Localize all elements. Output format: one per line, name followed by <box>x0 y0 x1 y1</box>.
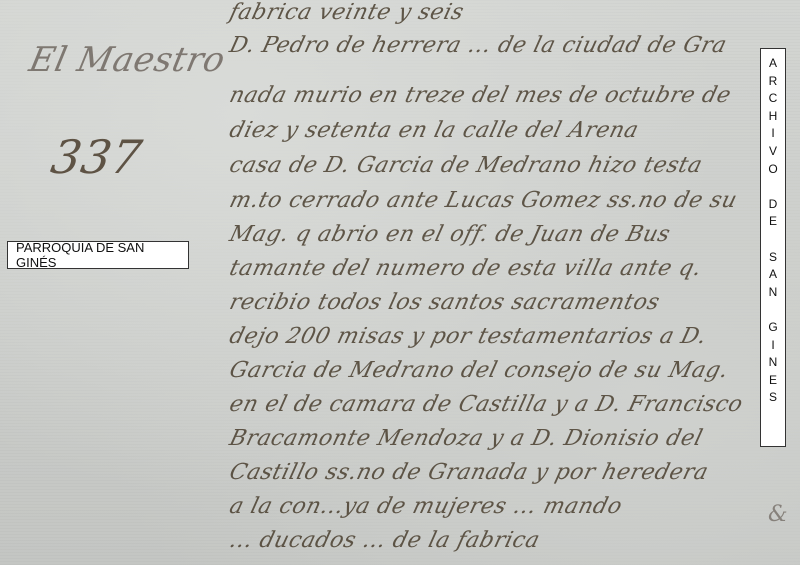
manuscript-line: Mag. q abrio en el off. de Juan de Bus <box>227 222 673 247</box>
archive-letter: E <box>769 372 777 390</box>
manuscript-line: diez y setenta en la calle del Arena <box>227 118 641 143</box>
manuscript-line: Bracamonte Mendoza y a D. Dionisio del <box>227 426 706 451</box>
archive-letter: C <box>769 90 778 108</box>
archive-letter: I <box>771 337 774 355</box>
manuscript-line: recibio todos los santos sacramentos <box>227 290 662 315</box>
manuscript-line: casa de D. Garcia de Medrano hizo testa <box>227 153 705 178</box>
parish-label: PARROQUIA DE SAN GINÉS <box>7 241 189 269</box>
archive-letter: A <box>769 266 777 284</box>
archive-vertical-label: A R C H I V O D E S A N G I N E S <box>760 48 786 447</box>
manuscript-page: El Maestro 337 fabrica veinte y seis D. … <box>0 0 800 565</box>
archive-letter: N <box>769 354 778 372</box>
manuscript-line: m.to cerrado ante Lucas Gomez ss.no de s… <box>227 188 740 213</box>
manuscript-line: dejo 200 misas y por testamentarios a D. <box>227 324 709 349</box>
folio-number: 337 <box>47 130 146 184</box>
manuscript-line: tamante del numero de esta villa ante q. <box>227 256 705 281</box>
parish-label-text: PARROQUIA DE SAN GINÉS <box>16 240 188 270</box>
archive-letter: S <box>769 249 777 267</box>
archive-letter: R <box>769 73 778 91</box>
manuscript-line: ... ducados ... de la fabrica <box>227 528 543 553</box>
archive-letter: V <box>769 143 777 161</box>
manuscript-line: en el de camara de Castilla y a D. Franc… <box>227 392 746 417</box>
archive-letter: N <box>769 284 778 302</box>
margin-note: El Maestro <box>26 40 229 80</box>
manuscript-line: Garcia de Medrano del consejo de su Mag. <box>227 358 731 383</box>
archive-letter: A <box>769 55 777 73</box>
archive-letter: G <box>768 319 777 337</box>
manuscript-line: a la con...ya de mujeres ... mando <box>227 494 625 519</box>
corner-mark: & <box>768 502 788 527</box>
archive-letter: O <box>768 161 777 179</box>
manuscript-line: nada murio en treze del mes de octubre d… <box>227 83 734 108</box>
manuscript-line: Castillo ss.no de Granada y por heredera <box>227 460 711 485</box>
archive-letter: S <box>769 389 777 407</box>
archive-letter: H <box>769 108 778 126</box>
archive-letter: I <box>771 125 774 143</box>
manuscript-line: D. Pedro de herrera ... de la ciudad de … <box>227 33 730 58</box>
archive-letter: E <box>769 213 777 231</box>
archive-letter: D <box>769 196 778 214</box>
manuscript-line: fabrica veinte y seis <box>227 0 467 25</box>
